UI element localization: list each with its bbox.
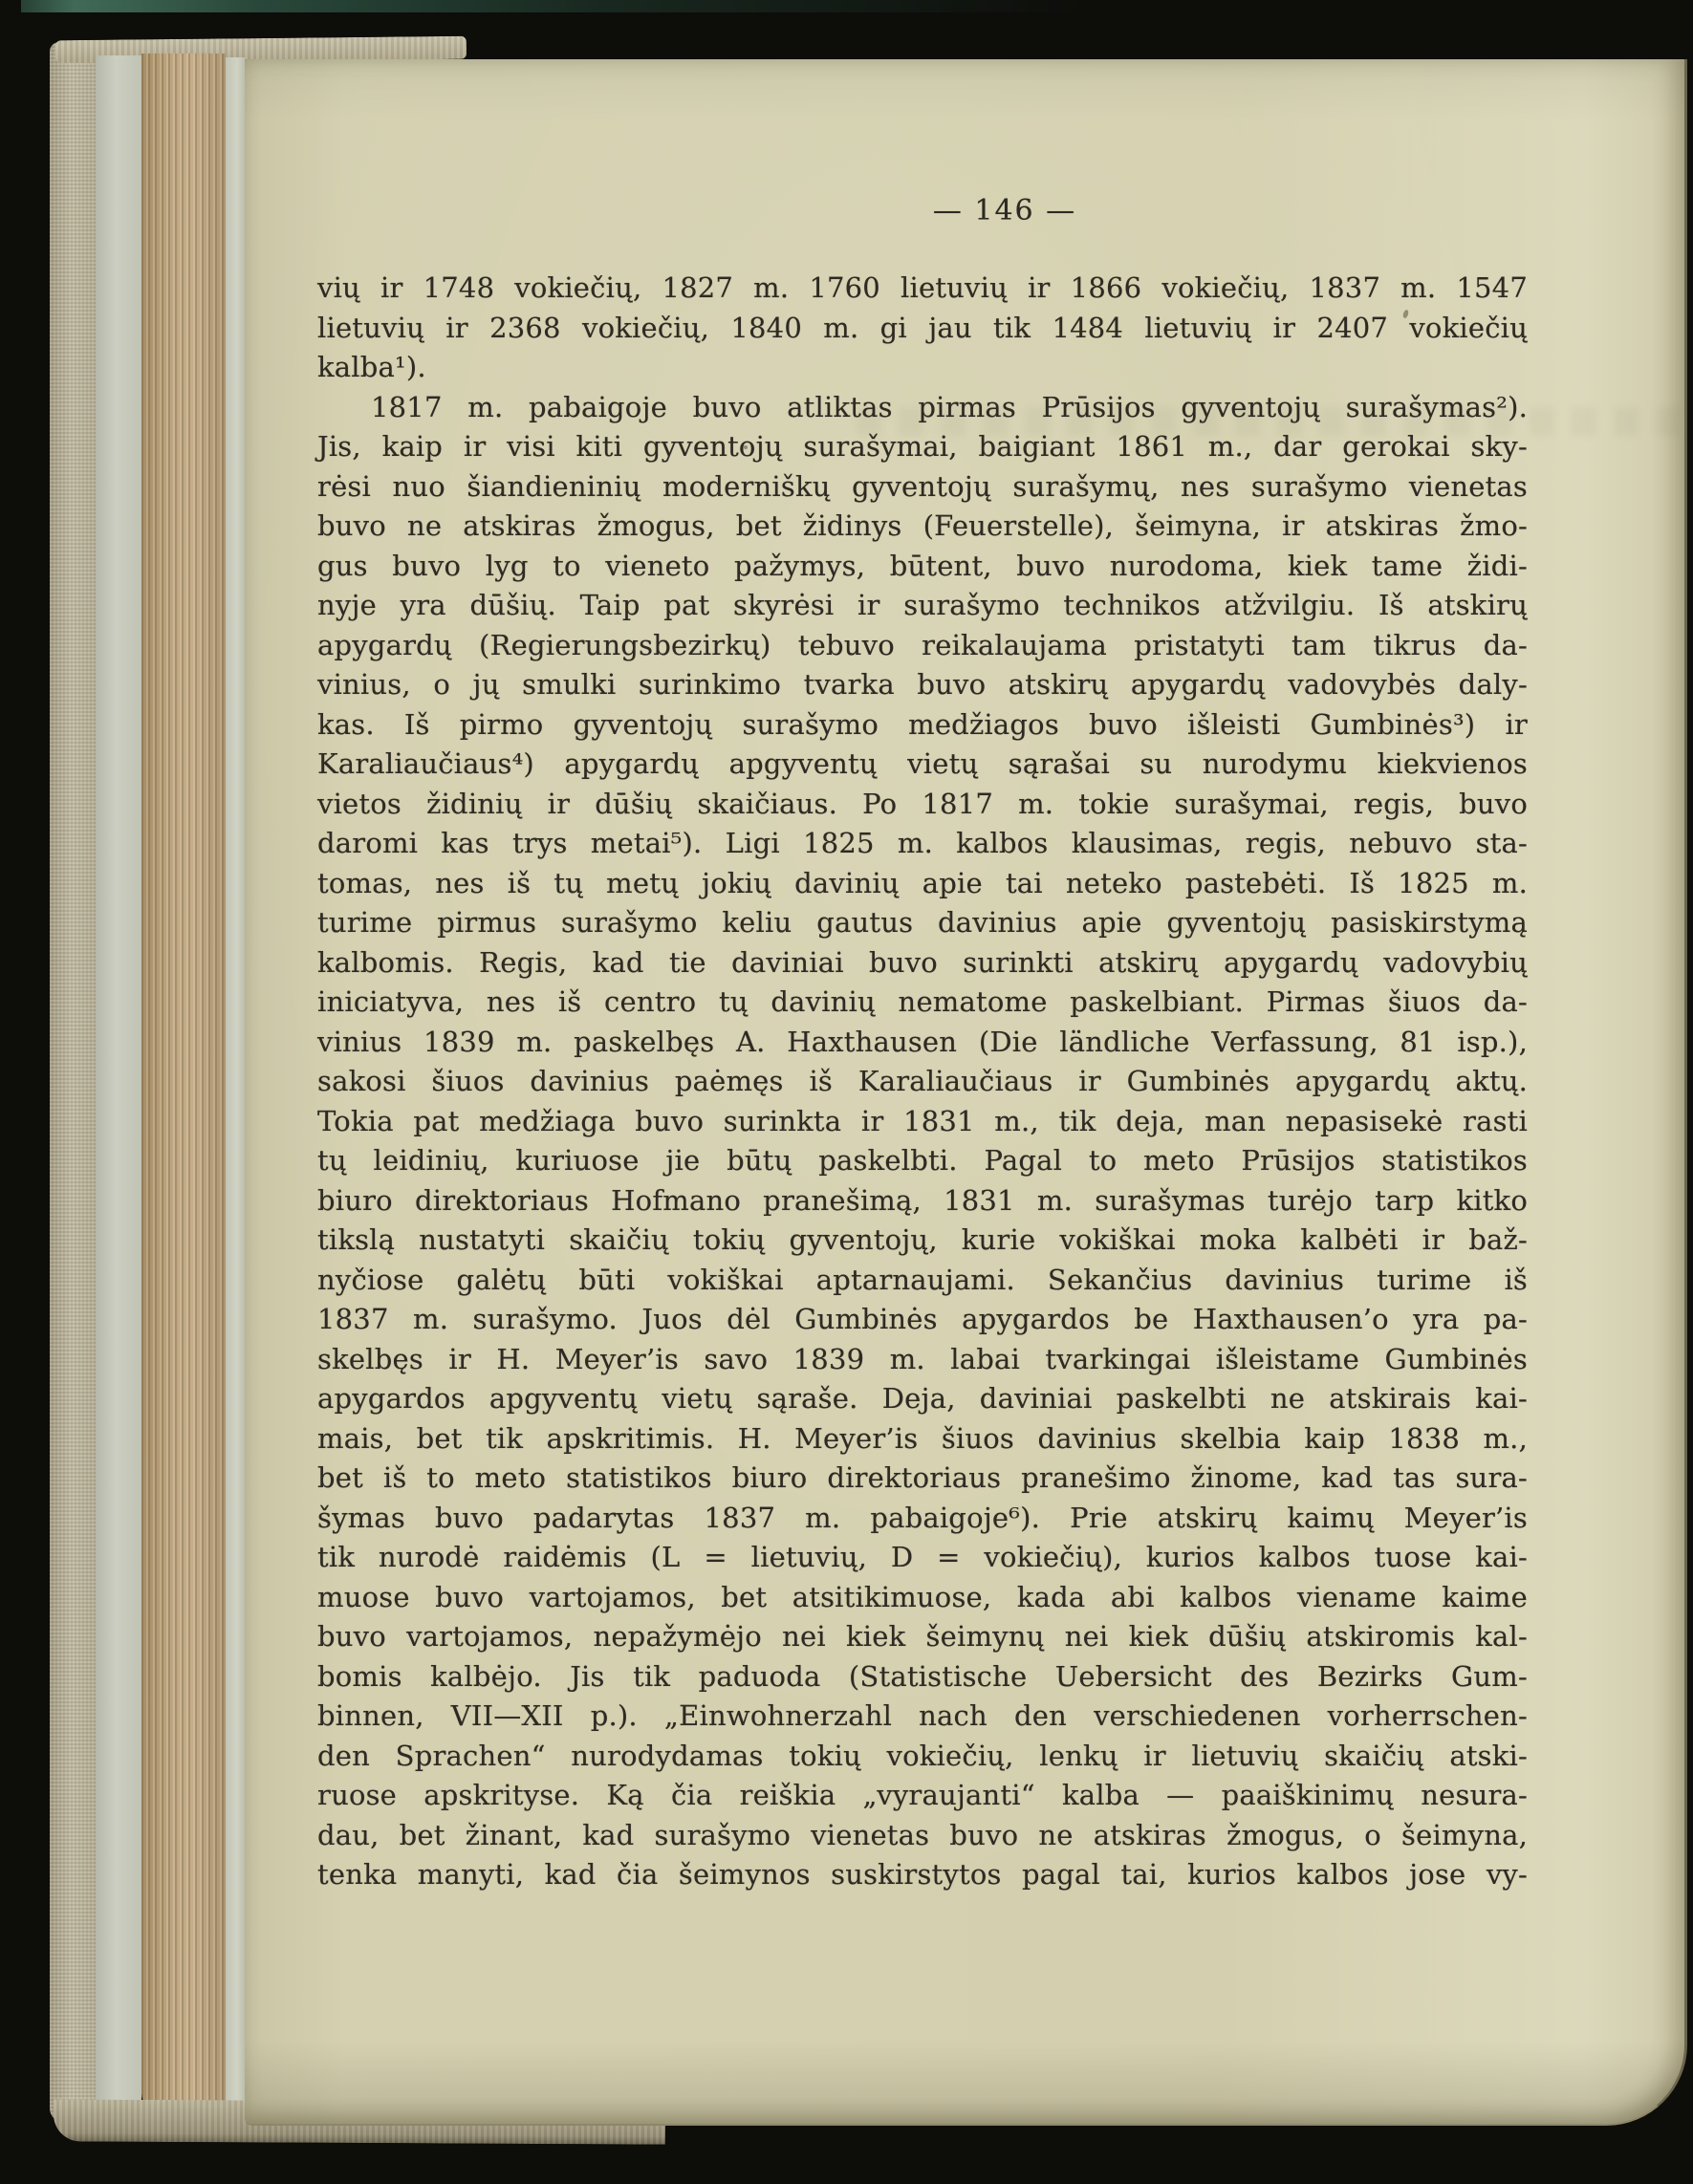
text-line: buvo ne atskiras žmogus, bet židinys (Fe… [317, 507, 1528, 547]
scan-top-light-leak [21, 0, 1092, 12]
text-line: vinius, o jų smulki surinkimo tvarka buv… [317, 665, 1528, 705]
text-line: 1837 m. surašymo. Juos dėl Gumbinės apyg… [317, 1300, 1528, 1340]
text-line: daromi kas trys metai⁵). Ligi 1825 m. ka… [317, 824, 1528, 864]
text-line: turime pirmus surašymo keliu gautus davi… [317, 903, 1528, 943]
text-line: vinius 1839 m. paskelbęs A. Haxthausen (… [317, 1023, 1528, 1063]
text-line: kalbomis. Regis, kad tie daviniai buvo s… [317, 943, 1528, 984]
text-line: kalba¹). [317, 348, 1528, 388]
text-line: tenka manyti, kad čia šeimynos suskirsty… [317, 1855, 1528, 1895]
text-line: Karaliaučiaus⁴) apygardų apgyventų vietų… [317, 745, 1528, 785]
text-line: nyčiose galėtų būti vokiškai aptarnaujam… [317, 1261, 1528, 1301]
text-line: šymas buvo padarytas 1837 m. pabaigoje⁶)… [317, 1499, 1528, 1539]
text-line: bomis kalbėjo. Jis tik paduoda (Statisti… [317, 1657, 1528, 1697]
endpaper-edge [96, 55, 141, 2110]
text-line: apygardos apgyventų vietų sąraše. Deja, … [317, 1379, 1528, 1419]
text-line: buvo vartojamos, nepažymėjo nei kiek šei… [317, 1617, 1528, 1657]
scanned-book-spread: { "document": { "page_number": "146", "h… [0, 0, 1693, 2184]
text-line: sakosi šiuos davinius paėmęs iš Karaliau… [317, 1062, 1528, 1102]
text-line: vių ir 1748 vokiečių, 1827 m. 1760 lietu… [317, 269, 1528, 309]
text-line: ruose apskrityse. Ką čia reiškia „vyrauj… [317, 1776, 1528, 1816]
book-cover-edge-left [50, 42, 98, 2122]
text-line: muose buvo vartojamos, bet atsitikimuose… [317, 1578, 1528, 1618]
text-line: nyje yra dūšių. Taip pat skyrėsi ir sura… [317, 586, 1528, 626]
text-line: lietuvių ir 2368 vokiečių, 1840 m. gi ja… [317, 309, 1528, 349]
text-line: den Sprachen“ nurodydamas tokių vokiečių… [317, 1737, 1528, 1777]
text-line: tikslą nustatyti skaičių tokių gyventojų… [317, 1221, 1528, 1261]
text-line: Jis, kaip ir visi kiti gyventojų surašym… [317, 427, 1528, 467]
text-line: apygardų (Regierungsbezirkų) tebuvo reik… [317, 626, 1528, 666]
text-line: mais, bet tik apskritimis. H. Meyer’is š… [317, 1419, 1528, 1460]
text-line: iniciatyva, nes iš centro tų davinių nem… [317, 983, 1528, 1023]
text-line: skelbęs ir H. Meyer’is savo 1839 m. laba… [317, 1340, 1528, 1380]
text-line: 1817 m. pabaigoje buvo atliktas pirmas P… [317, 388, 1528, 428]
text-line: tik nurodė raidėmis (L = lietuvių, D = v… [317, 1538, 1528, 1578]
text-line: kas. Iš pirmo gyventojų surašymo medžiag… [317, 705, 1528, 746]
body-text: vių ir 1748 vokiečių, 1827 m. 1760 lietu… [317, 269, 1528, 1895]
text-line: biuro direktoriaus Hofmano pranešimą, 18… [317, 1181, 1528, 1222]
text-line: dau, bet žinant, kad surašymo vienetas b… [317, 1816, 1528, 1856]
text-line: rėsi nuo šiandieninių moderniškų gyvento… [317, 467, 1528, 508]
text-line: binnen, VII—XII p.). „Einwohnerzahl nach… [317, 1697, 1528, 1737]
text-line: gus buvo lyg to vieneto pažymys, būtent,… [317, 547, 1528, 587]
inner-page-edge [226, 57, 245, 2110]
text-line: tų leidinių, kuriuose jie būtų paskelbti… [317, 1141, 1528, 1181]
text-line: Tokia pat medžiaga buvo surinkta ir 1831… [317, 1102, 1528, 1142]
text-line: tomas, nes iš tų metų jokių davinių apie… [317, 864, 1528, 904]
text-line: vietos židinių ir dūšių skaičiaus. Po 18… [317, 785, 1528, 825]
page-block-deckle-edges [141, 54, 226, 2110]
text-line: bet iš to meto statistikos biuro direkto… [317, 1459, 1528, 1499]
page-number: — 146 — [904, 194, 1105, 227]
